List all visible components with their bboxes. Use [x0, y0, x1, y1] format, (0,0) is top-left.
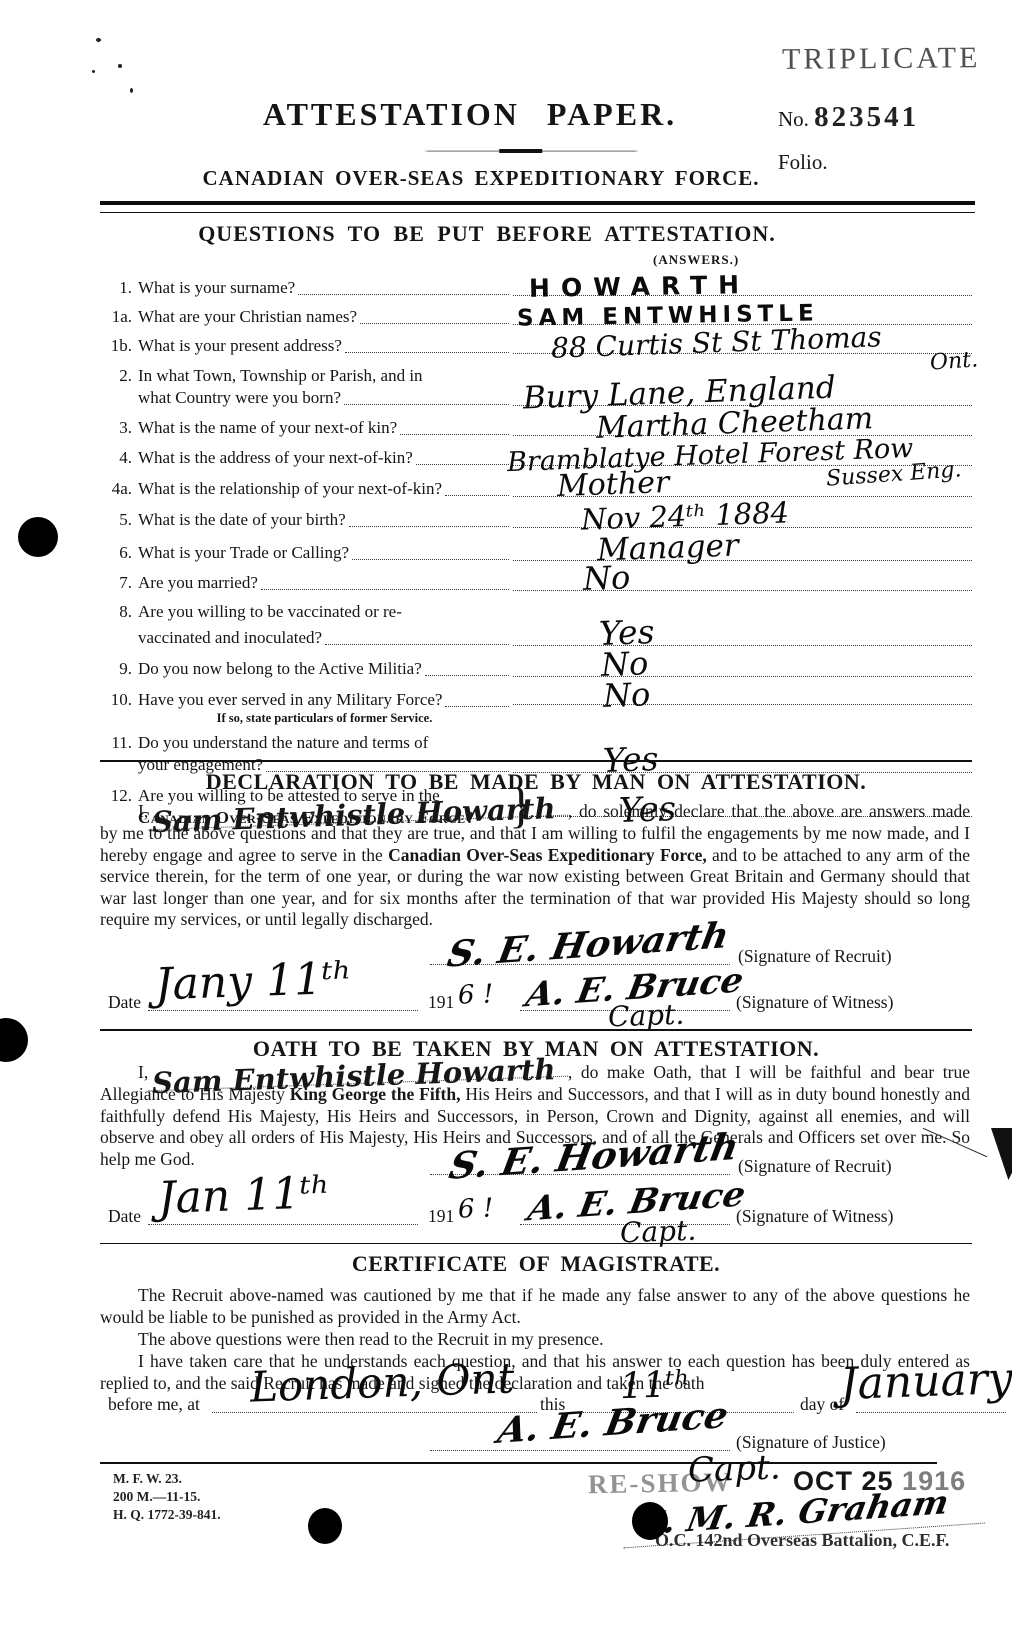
hole-punch — [0, 1018, 28, 1062]
answer-cell: No — [511, 567, 972, 594]
form-code-line: H. Q. 1772-39-841. — [113, 1506, 221, 1524]
declaration-paragraph: I,Sam Entwhistle Howarth, do solemnly de… — [100, 801, 970, 931]
questions-list: 1.What is your surname? HOWARTH 1a.What … — [108, 272, 972, 832]
hole-punch — [18, 517, 58, 557]
answer-cell: No — [511, 683, 972, 725]
title-divider — [424, 149, 639, 153]
answer-cell: 88 Curtis St St Thomas Ont. — [511, 331, 972, 357]
scan-speck — [118, 64, 122, 68]
answer-cell: Yes — [511, 597, 972, 649]
question-label: 1.What is your surname? — [108, 277, 511, 299]
year-printed: 191 — [428, 1206, 454, 1227]
question-row-1b: 1b.What is your present address? 88 Curt… — [108, 331, 972, 357]
form-code-line: M. F. W. 23. — [113, 1470, 221, 1488]
declaration-body-bold: Canadian Over-Seas Expeditionary Force, — [388, 845, 707, 865]
signature-of-witness-label: (Signature of Witness) — [736, 1206, 893, 1227]
dotted-leader — [352, 559, 509, 560]
question-label: 4.What is the address of your next-of-ki… — [108, 447, 511, 469]
question-row-10: 10.Have you ever served in any Military … — [108, 683, 972, 725]
question-text: Have you ever served in any Military For… — [138, 689, 442, 711]
dotted-leader — [261, 589, 509, 590]
dotted-leader — [344, 404, 509, 405]
hole-punch — [632, 1502, 668, 1540]
answer-cell: Nov 24ᵗʰ 1884 — [511, 503, 972, 531]
question-text: What is your present address? — [138, 335, 342, 357]
year-handwritten: 6 ! — [458, 981, 494, 1008]
question-number: 8. — [108, 601, 138, 623]
form-number-value: 823541 — [814, 101, 919, 133]
year-printed: 191 — [428, 992, 454, 1013]
question-row-5: 5.What is the date of your birth? Nov 24… — [108, 503, 972, 531]
recruit-name-handwritten: Sam Entwhistle Howarth — [148, 1064, 568, 1092]
answer-cell: Bury Lane, England — [511, 360, 972, 409]
handwritten-answer: No — [602, 678, 650, 712]
certificate-heading: CERTIFICATE OF MAGISTRATE. — [100, 1251, 972, 1277]
answer-cell: Mother — [511, 472, 972, 500]
force-subtitle: CANADIAN OVER-SEAS EXPEDITIONARY FORCE. — [100, 166, 862, 191]
answer-line — [513, 676, 972, 677]
dotted-leader — [360, 323, 509, 324]
question-text: Do you understand the nature and terms o… — [138, 732, 428, 754]
question-number: 4. — [108, 447, 138, 469]
dotted-leader — [325, 644, 509, 645]
dotted-leader — [416, 464, 509, 465]
question-row-7: 7.Are you married? No — [108, 567, 972, 594]
dotted-leader — [298, 294, 509, 295]
date-handwritten: Jan 11ᵗʰ — [157, 1171, 331, 1221]
question-text: What is the date of your birth? — [138, 509, 346, 531]
handwritten-answer: 88 Curtis St St Thomas — [551, 323, 882, 363]
declaration-intro: I, — [138, 801, 148, 821]
signature-line — [430, 1450, 730, 1451]
section-rule — [100, 1243, 972, 1244]
oath-date-row: Date Jan 11ᵗʰ 191 6 ! A. E. Bruce Capt. … — [100, 1190, 972, 1244]
section-rule — [100, 760, 972, 762]
questions-heading: QUESTIONS TO BE PUT BEFORE ATTESTATION. — [137, 221, 837, 247]
declaration-date-row: Date Jany 11ᵗʰ 191 6 ! A. E. Bruce Capt.… — [100, 978, 972, 1028]
question-label: 10.Have you ever served in any Military … — [108, 689, 511, 725]
question-number: 6. — [108, 542, 138, 564]
justice-signature-row: A. E. Bruce (Signature of Justice) — [100, 1410, 972, 1458]
answers-label: (ANSWERS.) — [653, 252, 739, 268]
dotted-leader — [445, 495, 509, 496]
oc-battalion-text: O.C. 142nd Overseas Battalion, C.E.F. — [655, 1530, 949, 1550]
question-label: 7.Are you married? — [108, 572, 511, 594]
dotted-leader — [445, 706, 509, 707]
question-number: 9. — [108, 658, 138, 680]
question-number: 7. — [108, 572, 138, 594]
answer-cell: Manager — [511, 534, 972, 564]
scan-speck — [130, 88, 133, 93]
question-number: 3. — [108, 417, 138, 439]
handwritten-answer: HOWARTH — [529, 272, 750, 301]
question-text: vaccinated and inoculated? — [108, 627, 322, 649]
question-row-4a: 4a.What is the relationship of your next… — [108, 472, 972, 500]
dotted-leader — [345, 352, 509, 353]
answer-line — [513, 704, 972, 705]
question-row-8: 8.Are you willing to be vaccinated or re… — [108, 597, 972, 649]
question-number: 11. — [108, 732, 138, 754]
handwritten-answer: No — [582, 561, 630, 595]
question-number: 10. — [108, 689, 138, 711]
oc-battalion-line: O.C. 142nd Overseas Battalion, C.E.F. — [655, 1530, 949, 1551]
form-codes: M. F. W. 23. 200 M.—11-15. H. Q. 1772-39… — [113, 1470, 221, 1524]
question-label: 2.In what Town, Township or Parish, and … — [108, 365, 511, 409]
question-text: Do you now belong to the Active Militia? — [138, 658, 422, 680]
question-number: 4a. — [108, 478, 138, 500]
question-label: 4a.What is the relationship of your next… — [108, 478, 511, 500]
captain-handwritten: Capt. — [687, 1450, 781, 1487]
question-label: 5.What is the date of your birth? — [108, 509, 511, 531]
question-label: 8.Are you willing to be vaccinated or re… — [108, 601, 511, 649]
signature-of-recruit-label: (Signature of Recruit) — [738, 1156, 892, 1177]
date-label: Date — [108, 1206, 141, 1227]
question-text: What is the relationship of your next-of… — [138, 478, 442, 500]
question-note: If so, state particulars of former Servi… — [108, 711, 511, 725]
question-text: What is your surname? — [138, 277, 295, 299]
footer-rule — [100, 1462, 937, 1464]
question-text: What are your Christian names? — [138, 306, 357, 328]
scan-speck — [96, 38, 101, 42]
question-text: Are you willing to be vaccinated or re- — [138, 601, 402, 623]
question-label: 3.What is the name of your next-of kin? — [108, 417, 511, 439]
question-label: 9.Do you now belong to the Active Militi… — [108, 658, 511, 680]
question-row-9: 9.Do you now belong to the Active Militi… — [108, 652, 972, 680]
form-code-line: 200 M.—11-15. — [113, 1488, 221, 1506]
question-label: 6.What is your Trade or Calling? — [108, 542, 511, 564]
year-handwritten: 6 ! — [458, 1195, 494, 1222]
signature-of-recruit-label: (Signature of Recruit) — [738, 946, 892, 967]
answer-cell: Bramblatye Hotel Forest Row Sussex Eng. — [511, 442, 972, 469]
place-handwritten: London, Ont — [249, 1357, 515, 1408]
question-label: 1a.What are your Christian names? — [108, 306, 511, 328]
header-rule — [100, 201, 975, 213]
question-text: In what Town, Township or Parish, and in — [138, 365, 423, 387]
answer-line — [513, 590, 972, 591]
date-line — [148, 1224, 418, 1225]
section-rule — [100, 1029, 972, 1031]
question-number: 1b. — [108, 335, 138, 357]
certificate-paragraph-2: The above questions were then read to th… — [100, 1329, 970, 1351]
certificate-paragraph-1: The Recruit above-named was cautioned by… — [100, 1285, 970, 1328]
question-text: what Country were you born? — [108, 387, 341, 409]
handwritten-answer: Mother — [557, 468, 670, 502]
answer-cell: HOWARTH — [511, 272, 972, 299]
signature-of-witness-label: (Signature of Witness) — [736, 992, 893, 1013]
question-text: Are you married? — [138, 572, 258, 594]
question-number: 5. — [108, 509, 138, 531]
question-number: 1a. — [108, 306, 138, 328]
page-title: ATTESTATION PAPER. — [230, 96, 710, 133]
recruit-name-handwritten: Sam Entwhistle Howarth — [148, 803, 568, 831]
answer-line — [513, 645, 972, 646]
date-line — [148, 1010, 418, 1011]
question-number: 2. — [108, 365, 138, 387]
date-handwritten: Jany 11ᵗʰ — [154, 957, 352, 1008]
question-text: What is the name of your next-of kin? — [138, 417, 397, 439]
dotted-leader — [425, 675, 509, 676]
question-label: 1b.What is your present address? — [108, 335, 511, 357]
answer-cell: No — [511, 652, 972, 680]
scan-edge-mark — [982, 1128, 1012, 1180]
dotted-leader — [400, 434, 509, 435]
scan-speck — [92, 70, 95, 73]
dotted-leader — [349, 526, 509, 527]
form-number-label: No. — [778, 107, 809, 131]
hole-punch — [308, 1508, 342, 1544]
attestation-paper-scan: TRIPLICATE ATTESTATION PAPER. No. 823541… — [0, 0, 1012, 1632]
question-row-4: 4.What is the address of your next-of-ki… — [108, 442, 972, 469]
question-text: What is your Trade or Calling? — [138, 542, 349, 564]
question-row-6: 6.What is your Trade or Calling? Manager — [108, 534, 972, 564]
triplicate-stamp: TRIPLICATE — [782, 41, 981, 77]
question-text: What is the address of your next-of-kin? — [138, 447, 413, 469]
month-handwritten: January — [839, 1357, 1012, 1407]
form-number-line: No. 823541 — [778, 101, 919, 134]
date-label: Date — [108, 992, 141, 1013]
witness-rank-handwritten: Capt. — [608, 1001, 685, 1032]
question-row-1: 1.What is your surname? HOWARTH — [108, 272, 972, 299]
oath-intro: I, — [138, 1062, 148, 1082]
question-number: 1. — [108, 277, 138, 299]
